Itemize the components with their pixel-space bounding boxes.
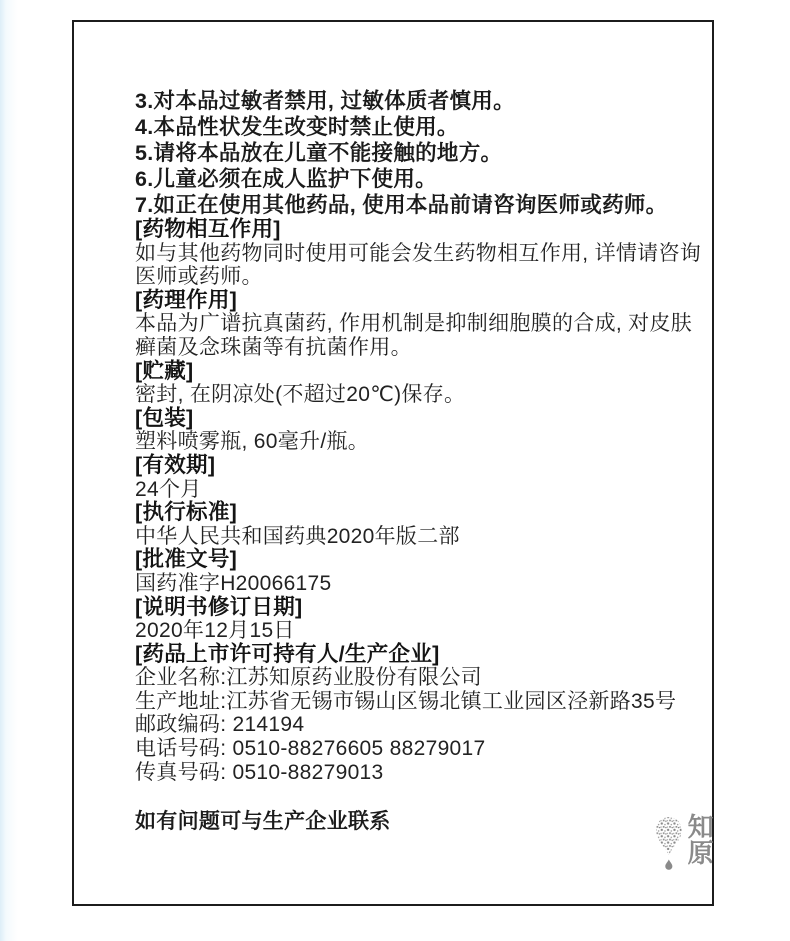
section-line: 2020年12月15日	[135, 619, 696, 643]
phone-line: 电话号码: 0510-88276605 88279017	[135, 737, 696, 761]
footer-note: 如有问题可与生产企业联系	[135, 810, 696, 834]
section-line: 中华人民共和国药典2020年版二部	[135, 525, 696, 549]
section-line: 如与其他药物同时使用可能会发生药物相互作用, 详情请咨询	[135, 242, 696, 266]
section-line: 24个月	[135, 478, 696, 502]
section-heading-revision-date: [说明书修订日期]	[135, 596, 696, 620]
section-line: 国药准字H20066175	[135, 572, 696, 596]
leaflet-page: 3.对本品过敏者禁用, 过敏体质者慎用。 4.本品性状发生改变时禁止使用。 5.…	[0, 0, 790, 941]
section-heading-packaging: [包装]	[135, 407, 696, 431]
leaflet-content: 3.对本品过敏者禁用, 过敏体质者慎用。 4.本品性状发生改变时禁止使用。 5.…	[135, 88, 696, 834]
section-heading-drug-interactions: [药物相互作用]	[135, 218, 696, 242]
section-heading-pharmacology: [药理作用]	[135, 289, 696, 313]
logo-wordmark: 知原	[688, 814, 730, 866]
precaution-item: 5.请将本品放在儿童不能接触的地方。	[135, 140, 696, 166]
zhiyuan-logo: 知原	[654, 804, 730, 884]
postal-code-line: 邮政编码: 214194	[135, 713, 696, 737]
precaution-item: 3.对本品过敏者禁用, 过敏体质者慎用。	[135, 88, 696, 114]
leaflet-sections: [药物相互作用] 如与其他药物同时使用可能会发生药物相互作用, 详情请咨询 医师…	[135, 218, 696, 834]
page-frame: 3.对本品过敏者禁用, 过敏体质者慎用。 4.本品性状发生改变时禁止使用。 5.…	[72, 20, 714, 906]
section-heading-manufacturer: [药品上市许可持有人/生产企业]	[135, 643, 696, 667]
section-line: 癣菌及念珠菌等有抗菌作用。	[135, 336, 696, 360]
fax-line: 传真号码: 0510-88279013	[135, 761, 696, 785]
company-name-line: 企业名称:江苏知原药业股份有限公司	[135, 666, 696, 690]
section-heading-approval-number: [批准文号]	[135, 548, 696, 572]
section-heading-validity: [有效期]	[135, 454, 696, 478]
precaution-item: 4.本品性状发生改变时禁止使用。	[135, 114, 696, 140]
precaution-item: 6.儿童必须在成人监护下使用。	[135, 166, 696, 192]
precautions-list: 3.对本品过敏者禁用, 过敏体质者慎用。 4.本品性状发生改变时禁止使用。 5.…	[135, 88, 696, 218]
section-line: 密封, 在阴凉处(不超过20℃)保存。	[135, 383, 696, 407]
company-address-line: 生产地址:江苏省无锡市锡山区锡北镇工业园区泾新路35号	[135, 690, 696, 714]
section-line: 医师或药师。	[135, 265, 696, 289]
precaution-item: 7.如正在使用其他药品, 使用本品前请咨询医师或药师。	[135, 192, 696, 218]
section-heading-standard: [执行标准]	[135, 501, 696, 525]
section-line: 塑料喷雾瓶, 60毫升/瓶。	[135, 430, 696, 454]
section-heading-storage: [贮藏]	[135, 360, 696, 384]
balloon-icon	[654, 804, 684, 884]
section-line: 本品为广谱抗真菌药, 作用机制是抑制细胞膜的合成, 对皮肤	[135, 312, 696, 336]
